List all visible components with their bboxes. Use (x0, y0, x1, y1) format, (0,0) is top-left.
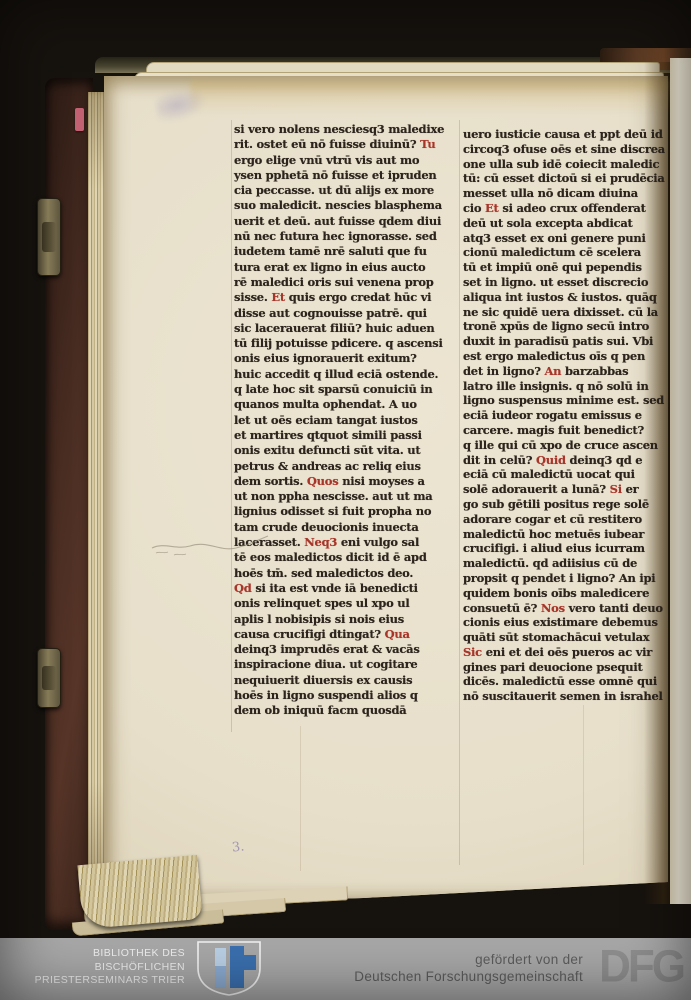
manuscript-text-line: disse aut cognouisse patrē. qui (234, 306, 462, 321)
manuscript-text-line: deinq3 imprudēs erat & vacās (234, 642, 462, 657)
funding-credit-line: gefördert von der (283, 951, 583, 968)
manuscript-text-line: atq3 esset ex oni genere puni (463, 231, 671, 246)
pink-bookmark-tab (75, 108, 84, 131)
manuscript-text-line: uerit et deū. aut fuisse qdem diui (234, 214, 462, 229)
manuscript-text-line: hoēs in ligno suspendi alios q (234, 688, 462, 703)
manuscript-text-line: dit in celū? Quid deinq3 qd e (463, 453, 671, 468)
manuscript-text-line: circoq3 ofuse oēs et sine discrea (463, 142, 671, 157)
manuscript-text-line: hoēs tm̄. sed maledictos deo. (234, 566, 462, 581)
manuscript-text-line: tura erat ex ligno in eius aucto (234, 260, 462, 275)
manuscript-text-line: nū nec futura hec ignorasse. sed (234, 229, 462, 244)
manuscript-text-line: petrus & andreas ac reliq eius (234, 459, 462, 474)
manuscript-text-line: nō suscitauerit semen in israhel (463, 689, 671, 704)
manuscript-text-line: gines pari deuocione psequit (463, 660, 671, 675)
manuscript-text-line: inspiracione diua. ut cogitare (234, 657, 462, 672)
manuscript-text-line: solē adorauerit a lunā? Si er (463, 482, 671, 497)
manuscript-text-line: Qd si ita est vnde iā benedicti (234, 581, 462, 596)
manuscript-text-line: tū: cū esset dictoū si ei prudēcia (463, 171, 671, 186)
manuscript-text-line: eciā iudeor rogatu emissus e (463, 408, 671, 423)
manuscript-text-line: propsit q pendet i ligno? An ipi (463, 571, 671, 586)
manuscript-text-line: causa crucifigi dtingat? Qua (234, 627, 462, 642)
manuscript-photo: si vero nolens nesciesq3 maledixerit. os… (0, 0, 691, 1000)
funding-credit-line: Deutschen Forschungsgemeinschaft (283, 968, 583, 985)
manuscript-text-line: rē maledici oris sui venena prop (234, 275, 462, 290)
manuscript-text-line: est ergo maledictus oīs q pen (463, 349, 671, 364)
manuscript-text-line: messet ulla nō dicam diuina (463, 186, 671, 201)
manuscript-text-line: nequiuerit diuersis ex causis (234, 673, 462, 688)
manuscript-text-line: deū ut sola excepta abdicat (463, 216, 671, 231)
manuscript-text-line: one ulla sub idē coiecit maledic (463, 157, 671, 172)
manuscript-text-line: suo maledicit. nescies blasphema (234, 198, 462, 213)
clasp-lower (37, 648, 61, 708)
manuscript-text-line: ne sic quidē uera dixisset. cū la (463, 305, 671, 320)
manuscript-text-line: consuetū ē? Nos vero tanti deuo (463, 601, 671, 616)
funding-credit: gefördert von der Deutschen Forschungsge… (283, 951, 583, 985)
manuscript-text-line: rit. ostet eū nō fuisse diuinū? Tu (234, 137, 462, 152)
manuscript-text-line: quidem bonis oībs maledicere (463, 586, 671, 601)
manuscript-text-line: crucifigi. i aliud eius icurram (463, 541, 671, 556)
manuscript-text-line: onis exitu defuncti sūt vita. ut (234, 443, 462, 458)
manuscript-text-line: dem sortis. Quos nisi moyses a (234, 474, 462, 489)
manuscript-text-line: q ille qui cū xpo de cruce ascen (463, 438, 671, 453)
manuscript-text-line: cionū maledictum cē scelera (463, 245, 671, 260)
manuscript-text-line: ergo elige vnū vtrū vis aut mo (234, 153, 462, 168)
manuscript-text-line: quanos multa ophendat. A uo (234, 397, 462, 412)
library-name-line: PRIESTERSEMINARS TRIER (10, 974, 185, 988)
manuscript-text-line: det in ligno? An barzabbas (463, 364, 671, 379)
manuscript-text-line: latro ille insignis. q nō solū in (463, 379, 671, 394)
manuscript-text-line: si vero nolens nesciesq3 maledixe (234, 122, 462, 137)
manuscript-text-line: set in ligno. ut esset discrecio (463, 275, 671, 290)
manuscript-text-line: tū filij potuisse pdicere. q ascensi (234, 336, 462, 351)
manuscript-text-line: maledictū. qd adiisius cū de (463, 556, 671, 571)
library-shield-logo (194, 940, 264, 998)
facing-page-sliver (670, 58, 691, 904)
manuscript-text-line: uero iusticie causa et ppt deū id (463, 127, 671, 142)
foliation-mark: 3. (231, 839, 245, 855)
manuscript-text-line: cio Et si adeo crux offenderat (463, 201, 671, 216)
manuscript-text-line: aplis l nobisipis si nois eius (234, 612, 462, 627)
manuscript-text-line: tronē xpūs de ligno secū intro (463, 319, 671, 334)
page-crease (583, 705, 584, 865)
manuscript-text-line: aliqua int iustos & iustos. quāq (463, 290, 671, 305)
manuscript-text-line: cionis eius existimare debemus (463, 615, 671, 630)
library-name-line: BIBLIOTHEK DES (10, 947, 185, 961)
manuscript-text-line: dicēs. maledictū esse omnē qui (463, 674, 671, 689)
manuscript-text-line: duxit in paradisū patis sui. Vbi (463, 334, 671, 349)
pencil-margin-note (150, 522, 270, 564)
manuscript-text-line: quāti sūt stomachācui vetulax (463, 630, 671, 645)
manuscript-text-line: tū et impiū onē qui pependis (463, 260, 671, 275)
manuscript-text-line: sisse. Et quis ergo credat hūc vi (234, 290, 462, 305)
manuscript-text-line: huic accedit q illud eciā ostende. (234, 367, 462, 382)
page-stain (190, 80, 670, 114)
manuscript-text-line: go sub gētili positus rege solē (463, 497, 671, 512)
manuscript-text-line: onis relinquet spes ul xpo ul (234, 596, 462, 611)
manuscript-text-line: onis eius ignorauerit exitum? (234, 351, 462, 366)
text-column-left: si vero nolens nesciesq3 maledixerit. os… (234, 122, 462, 719)
manuscript-text-line: maledictū hoc metuēs iubear (463, 527, 671, 542)
library-name: BIBLIOTHEK DES BISCHÖFLICHEN PRIESTERSEM… (10, 947, 185, 988)
page-crease (300, 726, 301, 871)
dfg-logo: DFG (599, 941, 683, 993)
manuscript-text-line: eciā cū maledictū uocat qui (463, 467, 671, 482)
ruling-line (231, 120, 232, 732)
manuscript-text-line: iudetem tamē nrē saluti que fu (234, 244, 462, 259)
manuscript-text-line: adorare cogar et cū restitero (463, 512, 671, 527)
footer-banner: BIBLIOTHEK DES BISCHÖFLICHEN PRIESTERSEM… (0, 938, 691, 1000)
manuscript-text-line: et martires qtquot simili passi (234, 428, 462, 443)
manuscript-text-line: sic lacerauerat filiū? huic aduen (234, 321, 462, 336)
library-name-line: BISCHÖFLICHEN (10, 961, 185, 975)
manuscript-text-line: ligno suspensus minime est. sed (463, 393, 671, 408)
manuscript-text-line: ut non ppha nescisse. aut ut ma (234, 489, 462, 504)
clasp-upper (37, 198, 61, 276)
text-column-right: uero iusticie causa et ppt deū idcircoq3… (463, 127, 671, 704)
manuscript-text-line: carcere. magis fuit benedict? (463, 423, 671, 438)
page-stack-bottom-corner (77, 855, 202, 929)
manuscript-text-line: let ut oēs eciam tangat iustos (234, 413, 462, 428)
manuscript-text-line: lignius odisset si fuit propha no (234, 504, 462, 519)
manuscript-text-line: Sic eni et dei oēs pueros ac vir (463, 645, 671, 660)
manuscript-text-line: ysen pphetā nō fuisse et ipruden (234, 168, 462, 183)
manuscript-text-line: cia peccasse. ut dū alijs ex more (234, 183, 462, 198)
manuscript-text-line: dem ob iniquū facm quosdā (234, 703, 462, 718)
manuscript-text-line: q late hoc sit sparsū conuiciū in (234, 382, 462, 397)
